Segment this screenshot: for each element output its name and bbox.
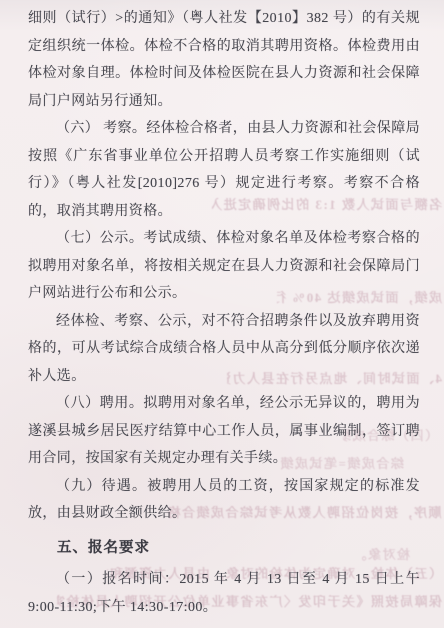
paragraph-item-8-employment: （八）聘用。拟聘用对象名单，经公示无异议的，聘用为遂溪县城乡居民医疗结算中心工作… bbox=[28, 390, 420, 473]
paragraph-continuation: 细则（试行）>的通知》（粤人社发【2010】382 号）的有关规定组织统一体检。… bbox=[28, 5, 420, 115]
section-heading-registration-requirements: 五、报名要求 bbox=[28, 535, 420, 563]
paragraph-replacement-rule: 经体检、考察、公示，对不符合招聘条件以及放弃聘用资格的，可从考试综合成绩合格人员… bbox=[28, 308, 420, 391]
document-body: 细则（试行）>的通知》（粤人社发【2010】382 号）的有关规定组织统一体检。… bbox=[28, 5, 420, 621]
paragraph-item-7-publicity: （七）公示。考试成绩、体检对象名单及体检考察合格的拟聘用对象名单，将按相关规定在… bbox=[28, 225, 420, 308]
paragraph-item-6-inspection: （六） 考察。经体检合格者，由县人力资源和社会保障局按照《广东省事业单位公开招聘… bbox=[28, 115, 420, 225]
paragraph-item-9-treatment: （九）待遇。被聘用人员的工资，按国家规定的标准发放，由县财政全额供给。 bbox=[28, 473, 420, 528]
scanned-document-page: 名额与面试人数 1:3 的比例确定进入面试人选，不 成绩，面试成绩达 40% 行… bbox=[0, 0, 444, 628]
paragraph-registration-time: （一）报名时间：2015 年 4 月 13 日至 4 月 15 日上午 9:00… bbox=[28, 566, 420, 621]
